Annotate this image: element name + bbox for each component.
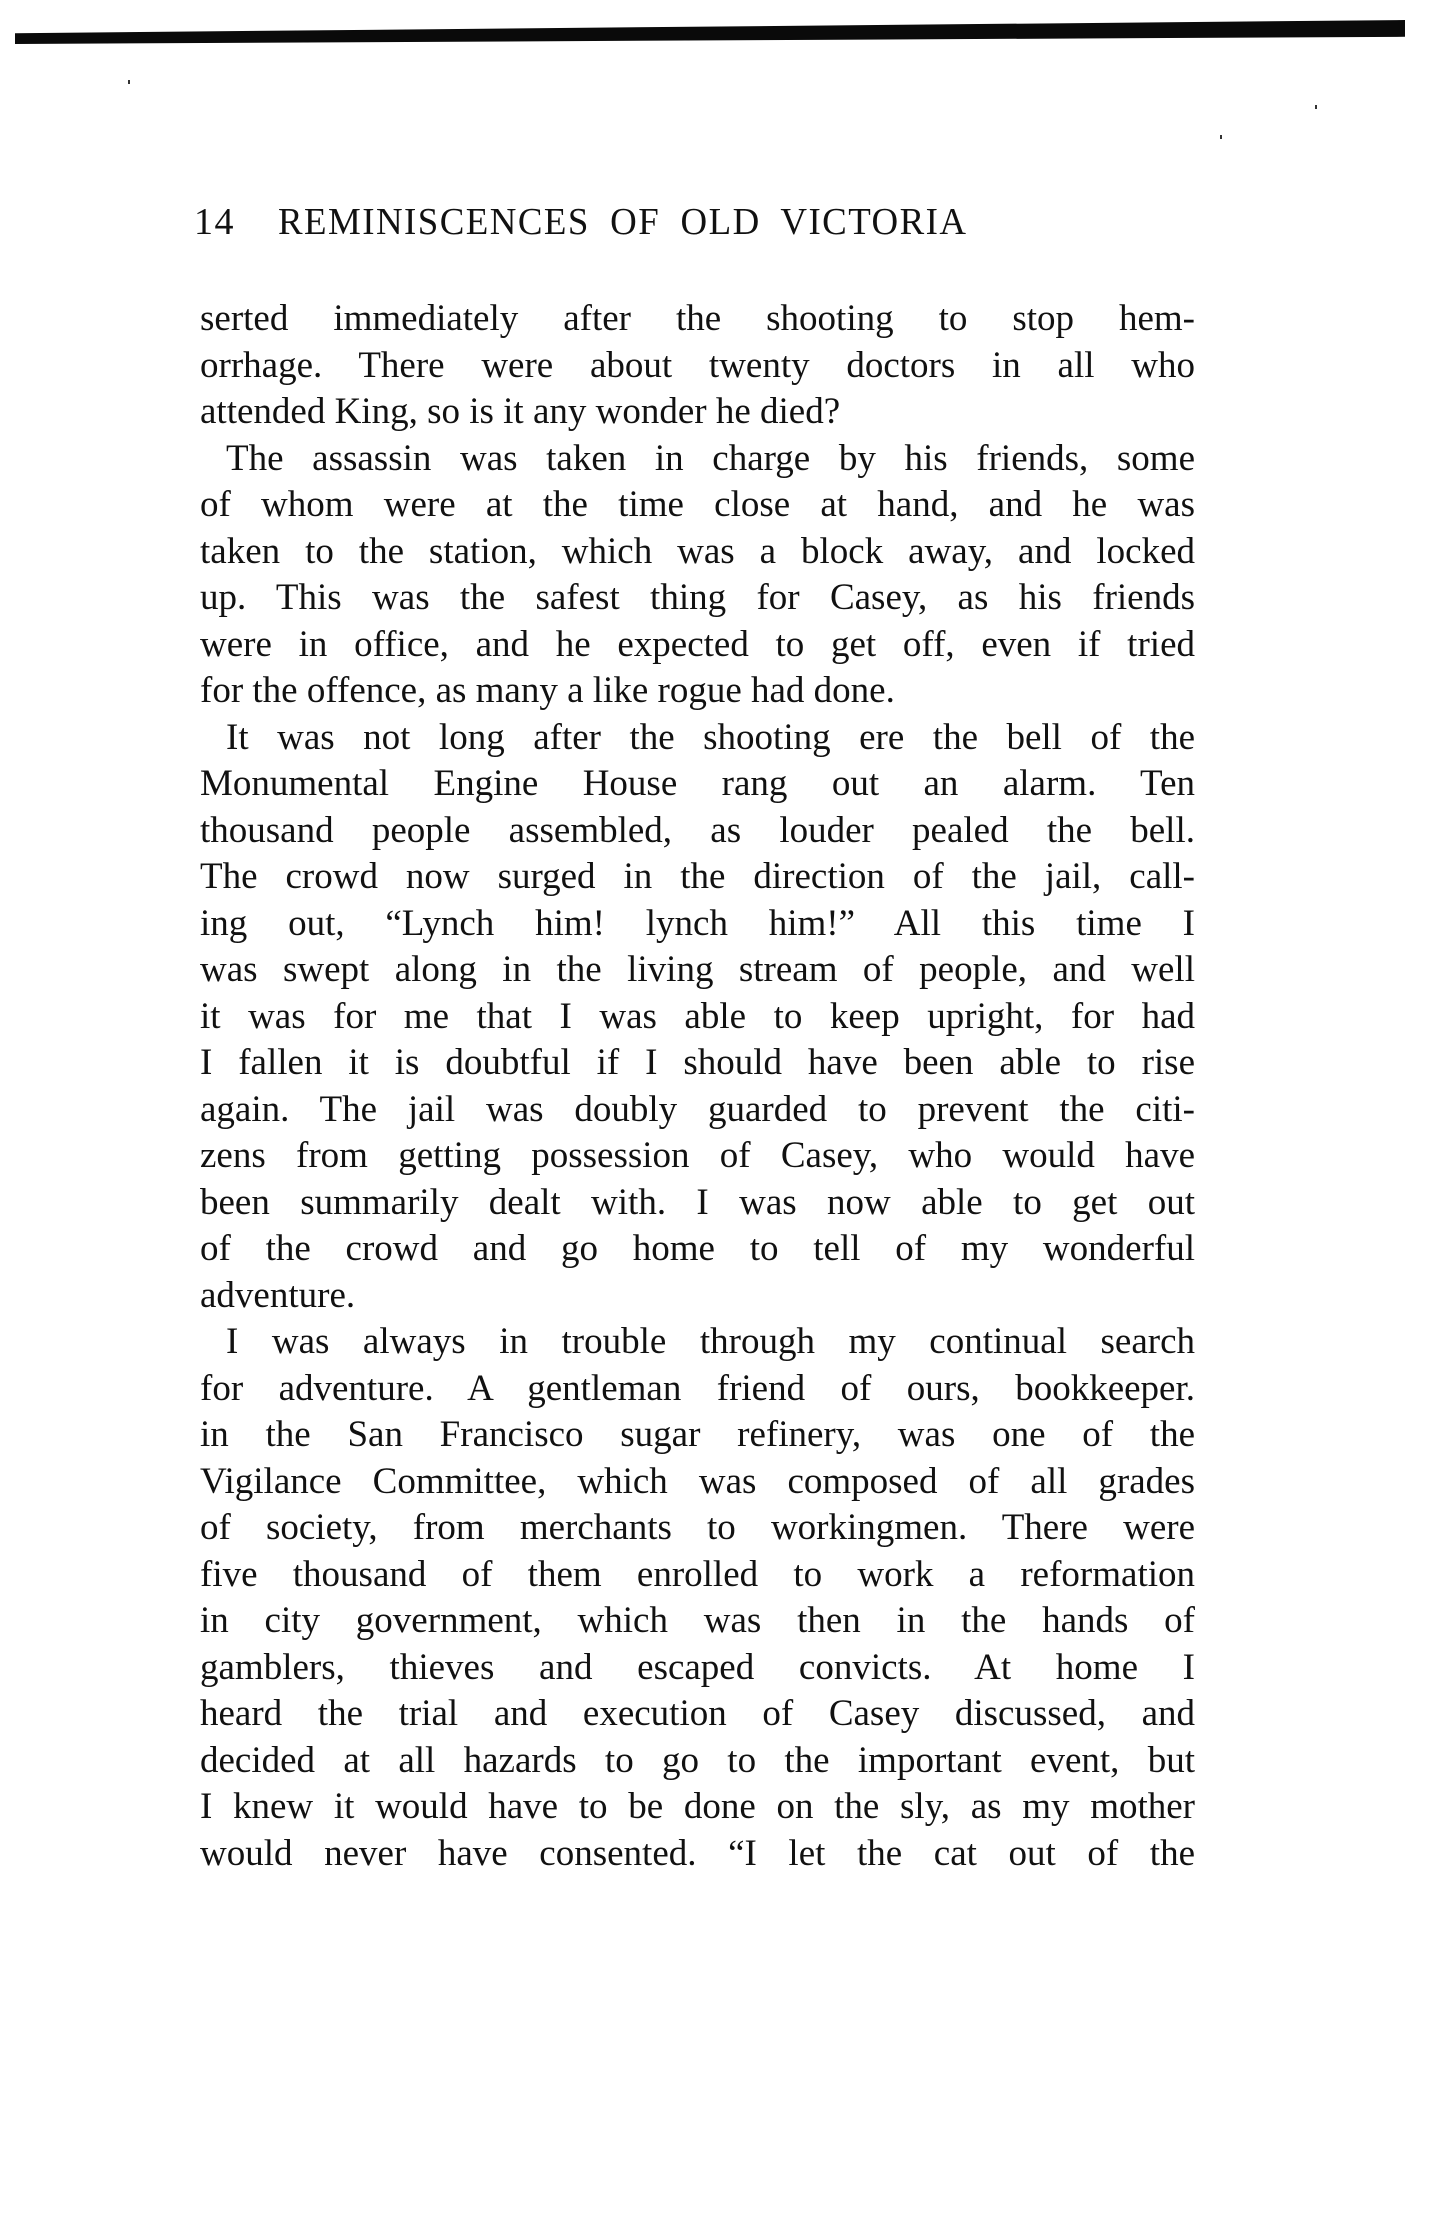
text-line: been summarily dealt with. I was now abl… <box>200 1180 1195 1227</box>
text-line: It was not long after the shooting ere t… <box>200 715 1195 762</box>
text-line: again. The jail was doubly guarded to pr… <box>200 1087 1195 1134</box>
scan-speck <box>128 80 130 84</box>
text-line: were in office, and he expected to get o… <box>200 622 1195 669</box>
text-line: of the crowd and go home to tell of my w… <box>200 1226 1195 1273</box>
text-line: The crowd now surged in the direction of… <box>200 854 1195 901</box>
scan-edge-band <box>15 20 1405 44</box>
text-line: I fallen it is doubtful if I should have… <box>200 1040 1195 1087</box>
text-line: it was for me that I was able to keep up… <box>200 994 1195 1041</box>
text-line: orrhage. There were about twenty doctors… <box>200 343 1195 390</box>
text-line: decided at all hazards to go to the impo… <box>200 1738 1195 1785</box>
text-line: of whom were at the time close at hand, … <box>200 482 1195 529</box>
running-head: 14 REMINISCENCES OF OLD VICTORIA <box>194 200 1194 250</box>
text-line: would never have consented. “I let the c… <box>200 1831 1195 1878</box>
text-line: for adventure. A gentleman friend of our… <box>200 1366 1195 1413</box>
text-line: I knew it would have to be done on the s… <box>200 1784 1195 1831</box>
text-line: I was always in trouble through my conti… <box>200 1319 1195 1366</box>
text-line: The assassin was taken in charge by his … <box>200 436 1195 483</box>
text-line: five thousand of them enrolled to work a… <box>200 1552 1195 1599</box>
text-line: in city government, which was then in th… <box>200 1598 1195 1645</box>
scan-speck <box>1220 135 1222 139</box>
text-line: for the offence, as many a like rogue ha… <box>200 668 1195 715</box>
text-line: attended King, so is it any wonder he di… <box>200 389 1195 436</box>
text-line: Monumental Engine House rang out an alar… <box>200 761 1195 808</box>
text-line: heard the trial and execution of Casey d… <box>200 1691 1195 1738</box>
text-line: of society, from merchants to workingmen… <box>200 1505 1195 1552</box>
text-line: adventure. <box>200 1273 1195 1320</box>
text-line: zens from getting possession of Casey, w… <box>200 1133 1195 1180</box>
paragraph: serted immediately after the shooting to… <box>200 296 1195 436</box>
text-line: in the San Francisco sugar refinery, was… <box>200 1412 1195 1459</box>
paragraph: It was not long after the shooting ere t… <box>200 715 1195 1320</box>
text-line: Vigilance Committee, which was composed … <box>200 1459 1195 1506</box>
page-number: 14 <box>194 200 278 244</box>
text-line: gamblers, thieves and escaped convicts. … <box>200 1645 1195 1692</box>
body-text: serted immediately after the shooting to… <box>200 296 1195 1877</box>
text-line: ing out, “Lynch him! lynch him!” All thi… <box>200 901 1195 948</box>
text-line: thousand people assembled, as louder pea… <box>200 808 1195 855</box>
book-title: REMINISCENCES OF OLD VICTORIA <box>278 200 967 244</box>
paragraph: The assassin was taken in charge by his … <box>200 436 1195 715</box>
text-line: was swept along in the living stream of … <box>200 947 1195 994</box>
text-line: up. This was the safest thing for Casey,… <box>200 575 1195 622</box>
paragraph: I was always in trouble through my conti… <box>200 1319 1195 1877</box>
scan-speck <box>1315 105 1317 109</box>
text-line: serted immediately after the shooting to… <box>200 296 1195 343</box>
text-line: taken to the station, which was a block … <box>200 529 1195 576</box>
